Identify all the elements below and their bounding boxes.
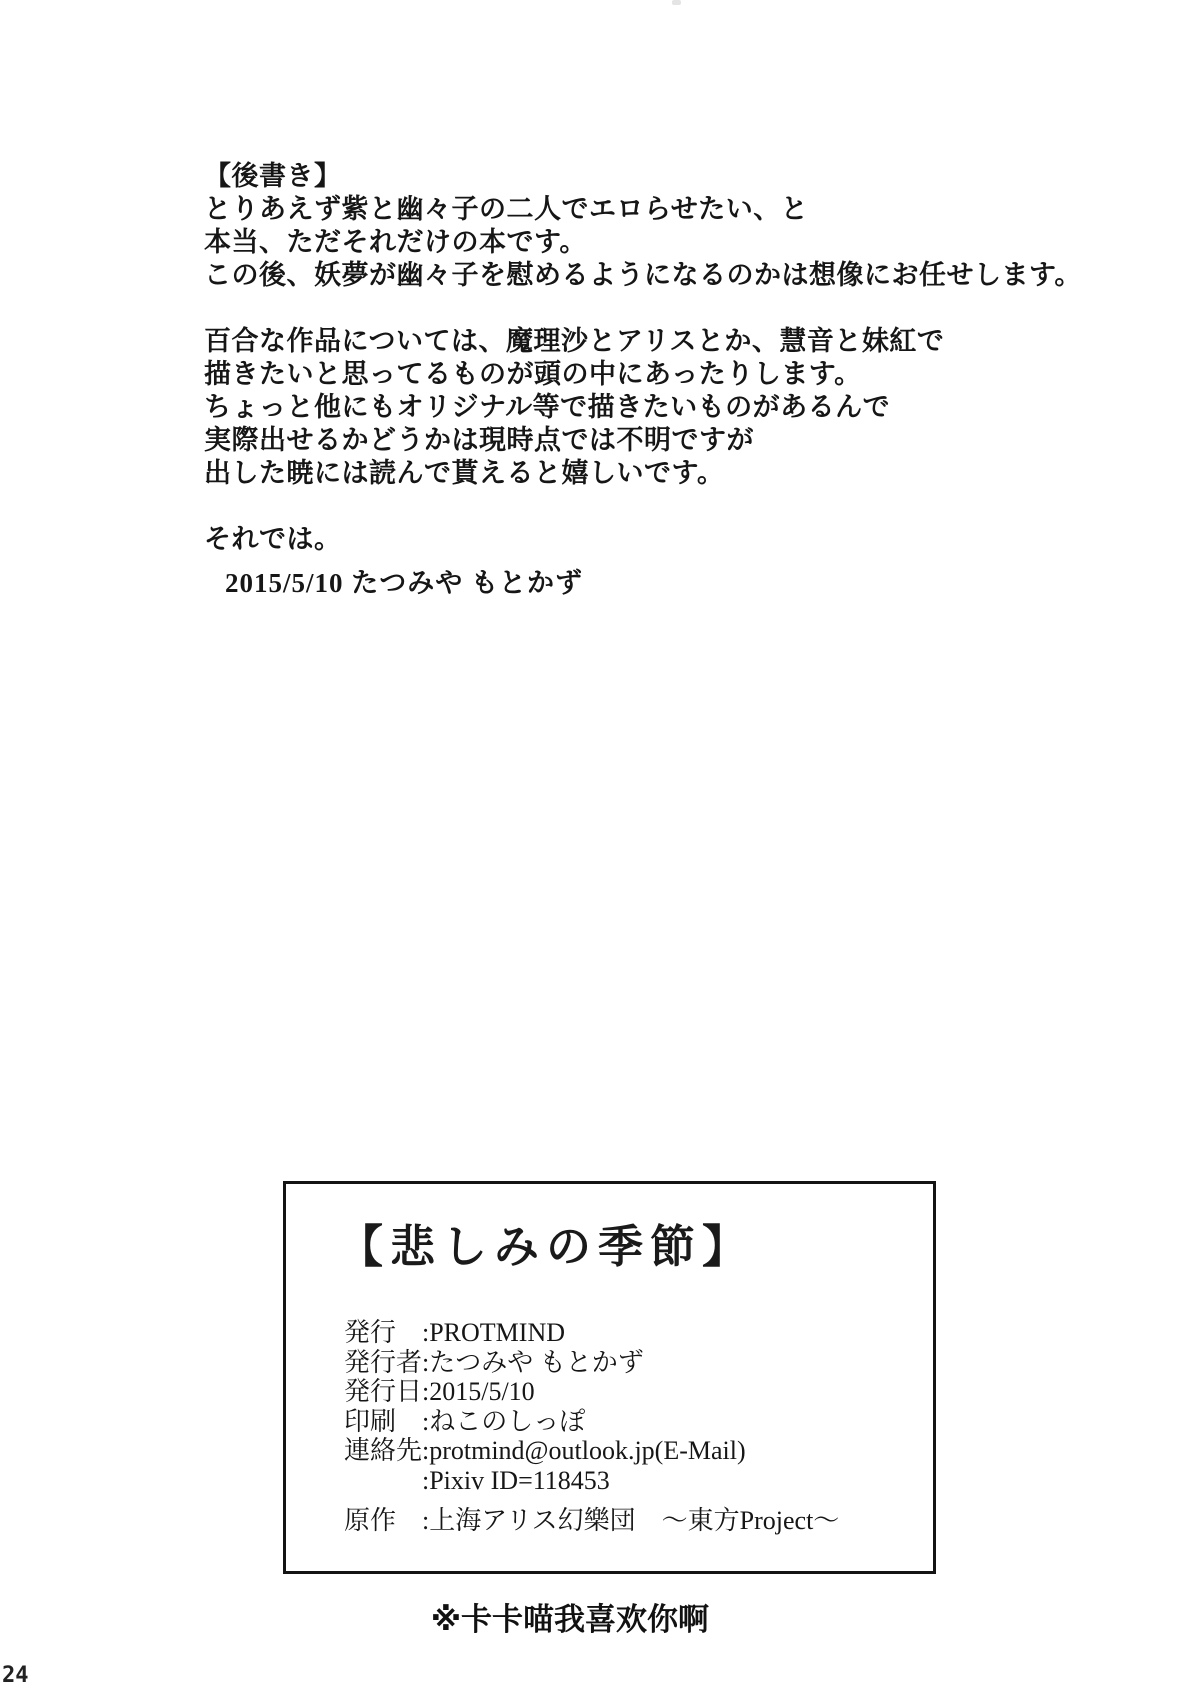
- afterword-block: 【後書き】 とりあえず紫と幽々子の二人でエロらせたい、と 本当、ただそれだけの本…: [204, 160, 1082, 556]
- afterword-line: とりあえず紫と幽々子の二人でエロらせたい、と: [204, 193, 1082, 226]
- afterword-heading: 【後書き】: [204, 160, 1082, 193]
- afterword-line: 出した暁には読んで貰えると嬉しいです。: [204, 457, 1082, 490]
- afterword-closing: それでは。: [204, 523, 1082, 556]
- colophon-publisher: 発行 :PROTMIND: [344, 1318, 746, 1348]
- afterword-blank-line: [204, 490, 1082, 523]
- page-number: 24: [2, 1663, 29, 1688]
- colophon-contact-pixiv: :Pixiv ID=118453: [344, 1466, 746, 1496]
- scan-artifact: [672, 0, 681, 5]
- colophon-title: 【悲しみの季節】: [338, 1210, 754, 1275]
- afterword-line: この後、妖夢が幽々子を慰めるようになるのかは想像にお任せします。: [204, 259, 1082, 292]
- afterword-line: 本当、ただそれだけの本です。: [204, 226, 1082, 259]
- colophon-author: 発行者:たつみや もとかず: [344, 1348, 746, 1378]
- afterword-line: ちょっと他にもオリジナル等で描きたいものがあるんで: [204, 391, 1082, 424]
- afterword-line: 実際出せるかどうかは現時点では不明ですが: [204, 424, 1082, 457]
- afterword-line: 百合な作品については、魔理沙とアリスとか、慧音と妹紅で: [204, 325, 1082, 358]
- colophon-date: 発行日:2015/5/10: [344, 1377, 746, 1407]
- colophon-details: 発行 :PROTMIND 発行者:たつみや もとかず 発行日:2015/5/10…: [344, 1318, 746, 1495]
- footer-note: ※卡卡喵我喜欢你啊: [0, 1594, 1140, 1639]
- colophon-box: 【悲しみの季節】 発行 :PROTMIND 発行者:たつみや もとかず 発行日:…: [283, 1181, 936, 1574]
- afterword-signature: 2015/5/10 たつみや もとかず: [225, 561, 583, 600]
- colophon-original-work: 原作 :上海アリス幻樂団 ～東方Project～: [344, 1500, 839, 1537]
- colophon-contact-email: 連絡先:protmind@outlook.jp(E-Mail): [344, 1436, 746, 1466]
- afterword-line: 描きたいと思ってるものが頭の中にあったりします。: [204, 358, 1082, 391]
- colophon-printer: 印刷 :ねこのしっぽ: [344, 1407, 746, 1437]
- afterword-blank-line: [204, 292, 1082, 325]
